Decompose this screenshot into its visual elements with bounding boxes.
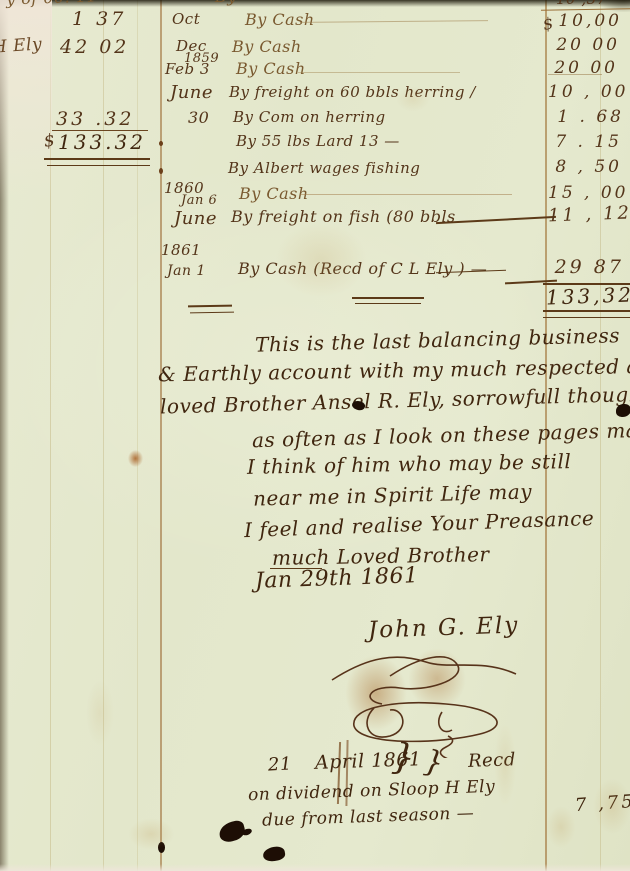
double-rule (543, 317, 630, 318)
note-line: & Earthly account with my much respected… (158, 356, 630, 385)
receipt-amount: 7 ,75 (574, 793, 630, 815)
note-line: as often as I look on these pages may (252, 420, 630, 450)
entry-date: June (170, 84, 213, 102)
entry-desc: By Cash (245, 12, 315, 28)
foxing-stain (128, 818, 174, 850)
note-line: near me in Spirit Life may (253, 481, 533, 508)
entry-date: Jan 1 (167, 264, 206, 278)
double-rule (190, 312, 234, 314)
page-fold-rule (160, 0, 162, 871)
scan-corner-pale (0, 0, 52, 200)
entry-amount: 7 . 15 (548, 134, 622, 151)
entry-date: Feb 3 (165, 62, 210, 77)
debit-amount: 1 37 (72, 10, 126, 29)
dollar-sign: $ (43, 132, 57, 150)
double-rule (47, 165, 150, 166)
entry-desc: By Cash (239, 186, 309, 202)
note-line: This is the last balancing business (255, 325, 620, 355)
entry-amount: 20 00 (548, 37, 620, 54)
faint-rule (548, 74, 602, 75)
receipt-received: Recd (468, 751, 516, 771)
double-rule (355, 303, 421, 304)
signature-flourish (330, 648, 520, 758)
double-rule (543, 310, 630, 312)
credit-total: 133,32 (546, 284, 630, 307)
entry-desc: By Cash (Recd of C L Ely ) — (238, 261, 487, 277)
cash-dash (300, 20, 488, 23)
entry-amount: 29 87 (548, 258, 624, 277)
double-rule (352, 297, 424, 299)
entry-year: 1861 (161, 243, 201, 258)
scan-edge-bottom (0, 864, 630, 871)
ink-blot (262, 845, 286, 863)
receipt-day: 21 (268, 755, 293, 774)
note-line: I feel and realise Your Preasance (244, 508, 595, 540)
signature: John G. Ely (368, 614, 520, 642)
ledger-page-scan: y of 00. 11 By 10 ,37 H Ely 1 37 42 02 3… (0, 0, 630, 871)
receipt-date: April 1861 (315, 750, 422, 773)
entry-amount: 10 , 00 (548, 84, 624, 101)
entry-date: Jan 6 (181, 194, 217, 207)
cash-dash (298, 72, 460, 73)
entry-desc: By freight on 60 bbls herring / (229, 85, 476, 100)
ink-blot (241, 827, 252, 836)
entry-date: 30 (188, 110, 209, 126)
entry-amount: 15 , 00 (548, 185, 622, 202)
debit-amount: 42 02 (60, 38, 129, 57)
note-line: I think of him who may be still (247, 451, 572, 477)
entry-date: Oct (172, 12, 200, 27)
foxing-stain (86, 680, 114, 746)
double-rule (44, 158, 150, 160)
ink-blot (217, 819, 247, 844)
entry-desc: By freight on fish (80 bbls (231, 209, 456, 225)
entry-amount: 10,00 (548, 13, 622, 30)
foxing-stain (128, 450, 143, 467)
entry-desc: By Cash (236, 61, 306, 77)
entry-amount: 11 , 12 (548, 205, 625, 226)
margin-name-label: H Ely (0, 36, 43, 56)
note-line: loved Brother Ansel R. Ely, sorrowfull t… (160, 383, 630, 416)
double-rule (188, 305, 232, 308)
receipt-line: on dividend on Sloop H Ely (248, 779, 496, 805)
entry-amount: 1 . 68 (548, 109, 624, 126)
cash-dash (300, 194, 512, 195)
debit-total: 133.32 (58, 132, 146, 152)
entry-desc: By 55 lbs Lard 13 — (236, 134, 400, 149)
clipped-line-fragment: By (215, 0, 237, 5)
entry-desc: By Cash (232, 39, 302, 55)
clipped-amount-fragment: 10 ,37 (556, 0, 607, 7)
debit-amount: 33 .32 (56, 110, 134, 129)
note-date: Jan 29th 1861 (255, 565, 419, 593)
entry-date: June (174, 210, 217, 228)
entry-desc: By Albert wages fishing (228, 161, 420, 176)
brace-mark: } (422, 747, 447, 780)
entry-desc: By Com on herring (233, 110, 386, 125)
foxing-stain (546, 806, 576, 848)
receipt-line: due from last season — (262, 805, 475, 829)
entry-amount: 8 , 50 (548, 159, 622, 176)
